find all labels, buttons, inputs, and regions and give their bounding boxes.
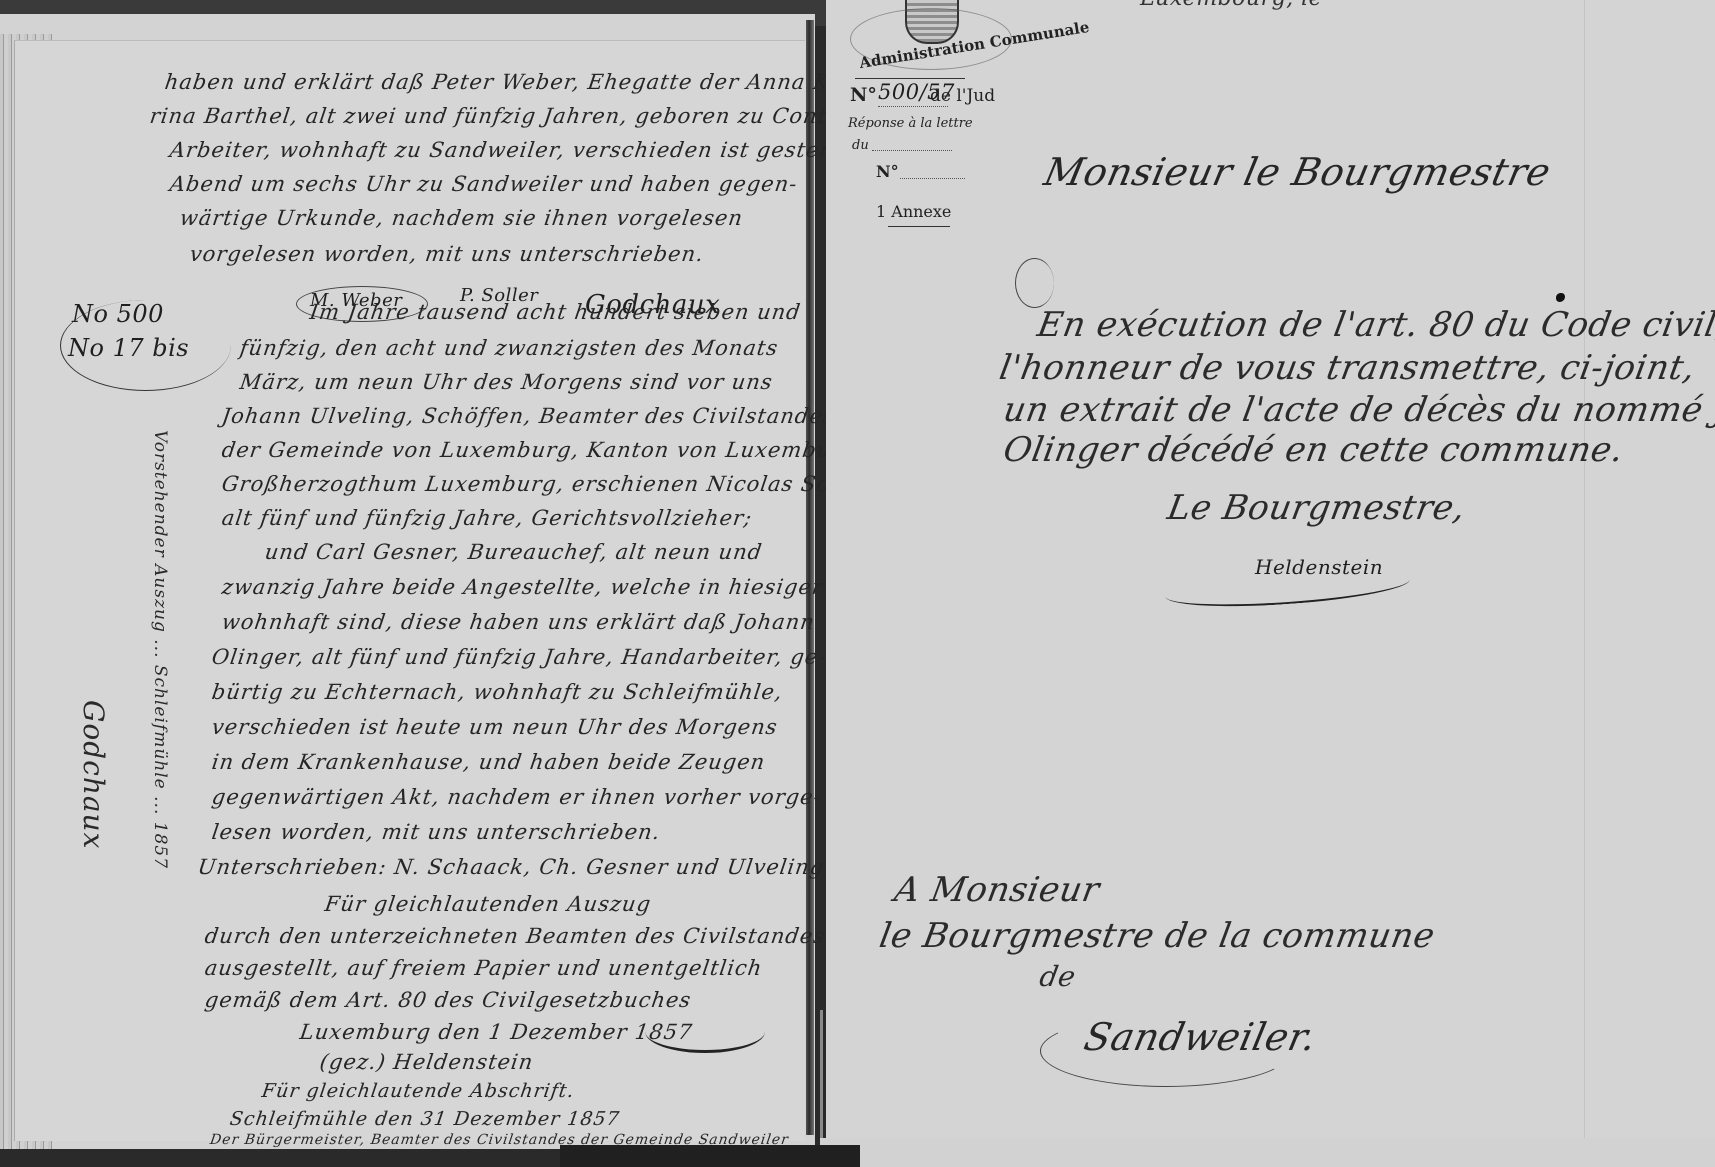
reply-date-line — [872, 150, 952, 151]
salutation: Monsieur le Bourgmestre — [1040, 150, 1554, 194]
left-line-1: haben und erklärt daß Peter Weber, Ehega… — [163, 70, 890, 94]
act-line-2: fünfzig, den acht und zwanzigsten des Mo… — [238, 336, 780, 360]
act-line-4: Johann Ulveling, Schöffen, Beamter des C… — [220, 404, 836, 428]
extract-line-2: durch den unterzeichneten Beamten des Ci… — [203, 924, 827, 948]
number-line — [878, 106, 948, 107]
letterhead-rule — [855, 78, 965, 79]
left-line-3: Arbeiter, wohnhaft zu Sandweiler, versch… — [168, 138, 846, 162]
extract-line-4: gemäß dem Art. 80 des Civilgesetzbuches — [203, 988, 693, 1012]
extract-line-1: Für gleichlautenden Auszug — [323, 892, 652, 916]
extract-signed-line: (gez.) Heldenstein — [318, 1050, 535, 1074]
reply-date-label: du — [852, 138, 869, 153]
act-line-10: wohnhaft sind, diese haben uns erklärt d… — [220, 610, 816, 634]
act-line-6: Großherzogthum Luxemburg, erschienen Nic… — [220, 472, 899, 496]
act-line-8: und Carl Gesner, Bureauchef, alt neun un… — [263, 540, 764, 564]
copy-certification-line: Für gleichlautende Abschrift. — [260, 1080, 576, 1102]
act-line-5: der Gemeinde von Luxemburg, Kanton von L… — [220, 438, 866, 462]
left-line-2: rina Barthel, alt zwei und fünfzig Jahre… — [148, 104, 868, 128]
spine-gutter — [820, 1010, 823, 1140]
act-line-15: gegenwärtigen Akt, nachdem er ihnen vorh… — [210, 785, 823, 809]
act-line-14: in dem Krankenhause, und haben beide Zeu… — [210, 750, 767, 774]
copy-date-line: Schleifmühle den 31 Dezember 1857 — [228, 1108, 621, 1130]
address-line-3: de — [1037, 960, 1078, 993]
body-initial-flourish — [1015, 258, 1054, 308]
margin-bracket — [60, 300, 231, 391]
extract-line-3: ausgestellt, auf freiem Papier und unent… — [203, 956, 764, 980]
reply-number-label: N° — [876, 162, 899, 181]
book-edge-shadow — [560, 1145, 860, 1167]
vertical-margin-note: Vorstehender Auszug ... Schleifmühle ...… — [150, 430, 170, 869]
act-line-16: lesen worden, mit uns unterschrieben. — [210, 820, 662, 844]
vertical-margin-signature: Godchaux — [77, 700, 110, 849]
act-line-17: Unterschrieben: N. Schaack, Ch. Gesner u… — [196, 855, 833, 879]
act-line-11: Olinger, alt fünf und fünfzig Jahre, Han… — [210, 645, 828, 669]
reply-number-line — [900, 178, 965, 179]
closing-title: Le Bourgmestre, — [1164, 488, 1468, 528]
act-line-1: Im Jahre tausend acht hundert sieben und — [308, 300, 802, 324]
signature-swash — [645, 1010, 765, 1053]
act-line-12: bürtig zu Echternach, wohnhaft zu Schlei… — [210, 680, 784, 704]
document-scan: haben und erklärt daß Peter Weber, Ehega… — [0, 0, 1715, 1167]
act-line-7: alt fünf und fünfzig Jahre, Gerichtsvoll… — [220, 506, 754, 530]
body-line-2: l'honneur de vous transmettre, ci-joint, — [996, 348, 1698, 388]
body-line-1: En exécution de l'art. 80 du Code civil,… — [1034, 305, 1715, 345]
act-line-13: verschieden ist heute um neun Uhr des Mo… — [210, 715, 779, 739]
book-edge-bottom — [820, 1138, 1715, 1167]
address-line-2: le Bourgmestre de la commune — [876, 916, 1437, 956]
number-label: N° — [850, 84, 877, 106]
header-date-fragment: Luxembourg, le — [1140, 0, 1322, 11]
reply-label: Réponse à la lettre — [848, 116, 973, 131]
page-fold-line — [1584, 0, 1585, 1140]
address-underline-flourish — [1040, 1015, 1292, 1087]
number-suffix: de l'Jud — [930, 86, 995, 106]
left-line-6: vorgelesen worden, mit uns unterschriebe… — [188, 242, 705, 266]
body-line-4: Olinger décédé en cette commune. — [1000, 430, 1626, 470]
extract-date-line: Luxemburg den 1 Dezember 1857 — [298, 1020, 694, 1044]
left-line-4: Abend um sechs Uhr zu Sandweiler und hab… — [168, 172, 799, 196]
address-line-1: A Monsieur — [891, 870, 1102, 910]
annex-underline — [888, 226, 950, 227]
annex-label: 1 Annexe — [876, 202, 951, 221]
left-line-5: wärtige Urkunde, nachdem sie ihnen vorge… — [178, 206, 744, 230]
body-line-3: un extrait de l'acte de décès du nommé J… — [1000, 390, 1715, 430]
act-line-3: März, um neun Uhr des Morgens sind vor u… — [238, 370, 774, 394]
